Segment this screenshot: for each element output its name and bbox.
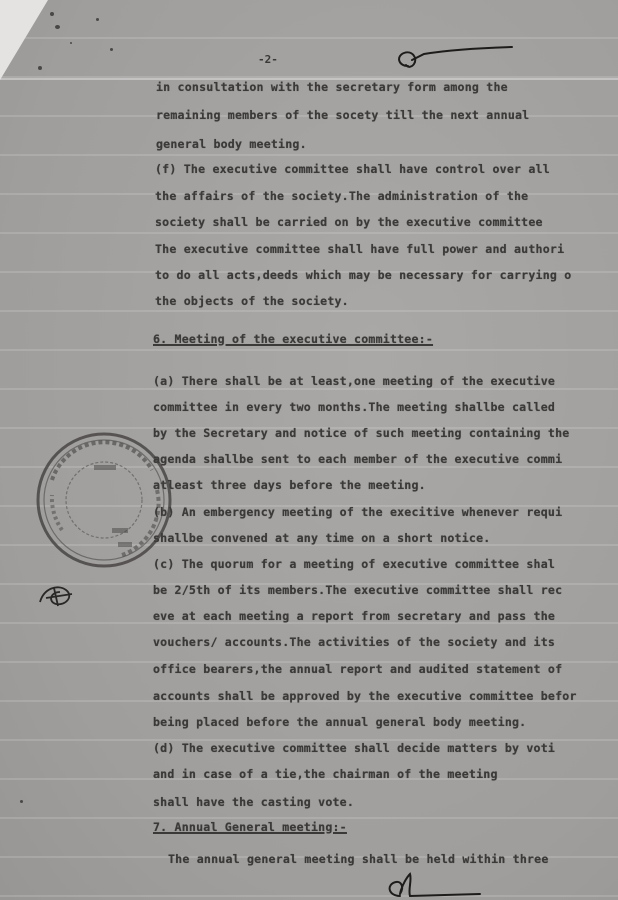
page-number: -2- xyxy=(258,53,278,66)
official-seal-icon xyxy=(22,420,177,580)
text-line: being placed before the annual general b… xyxy=(153,715,526,729)
text-line: be 2/5th of its members.The executive co… xyxy=(153,583,562,597)
text-line: shallbe convened at any time on a short … xyxy=(153,531,490,545)
speck xyxy=(70,42,72,44)
signature-top-icon xyxy=(388,44,518,76)
section-heading-7: 7. Annual General meeting:- xyxy=(153,820,347,834)
text-line: by the Secretary and notice of such meet… xyxy=(153,426,569,440)
text-line: agenda shallbe sent to each member of th… xyxy=(153,452,562,466)
scanned-page: -2- in consultation with the secretary f… xyxy=(0,0,618,900)
text-line: (c) The quorum for a meeting of executiv… xyxy=(153,557,555,571)
text-line: (a) There shall be at least,one meeting … xyxy=(153,374,555,388)
text-line: shall have the casting vote. xyxy=(153,795,354,809)
text-line: office bearers,the annual report and aud… xyxy=(153,662,562,676)
speck xyxy=(96,18,99,21)
speck xyxy=(110,48,113,51)
text-line: in consultation with the secretary form … xyxy=(156,80,508,94)
text-line: the objects of the society. xyxy=(155,294,349,308)
text-line: remaining members of the socety till the… xyxy=(156,108,529,122)
speck xyxy=(50,12,54,16)
text-line: eve at each meeting a report from secret… xyxy=(153,609,555,623)
text-line: atleast three days before the meeting. xyxy=(153,478,426,492)
text-line: (b) An embergency meeting of the execiti… xyxy=(153,505,562,519)
section-heading-6: 6. Meeting of the executive committee:- xyxy=(153,332,433,346)
signature-margin-icon xyxy=(36,580,80,610)
speck xyxy=(55,25,60,29)
text-line: (d) The executive committee shall decide… xyxy=(153,741,555,755)
text-line: to do all acts,deeds which may be necess… xyxy=(155,268,571,282)
text-line: and in case of a tie,the chairman of the… xyxy=(153,767,498,781)
speck xyxy=(20,800,23,803)
text-line: accounts shall be approved by the execut… xyxy=(153,689,577,703)
text-line: The annual general meeting shall be held… xyxy=(168,852,549,866)
text-line: vouchers/ accounts.The activities of the… xyxy=(153,635,555,649)
speck xyxy=(38,66,42,70)
text-line: (f) The executive committee shall have c… xyxy=(155,162,550,176)
text-line: the affairs of the society.The administr… xyxy=(155,189,528,203)
text-line: The executive committee shall have full … xyxy=(155,242,564,256)
text-line: society shall be carried on by the execu… xyxy=(155,215,543,229)
text-line: general body meeting. xyxy=(156,137,307,151)
signature-bottom-icon xyxy=(380,872,490,900)
text-line: committee in every two months.The meetin… xyxy=(153,400,555,414)
